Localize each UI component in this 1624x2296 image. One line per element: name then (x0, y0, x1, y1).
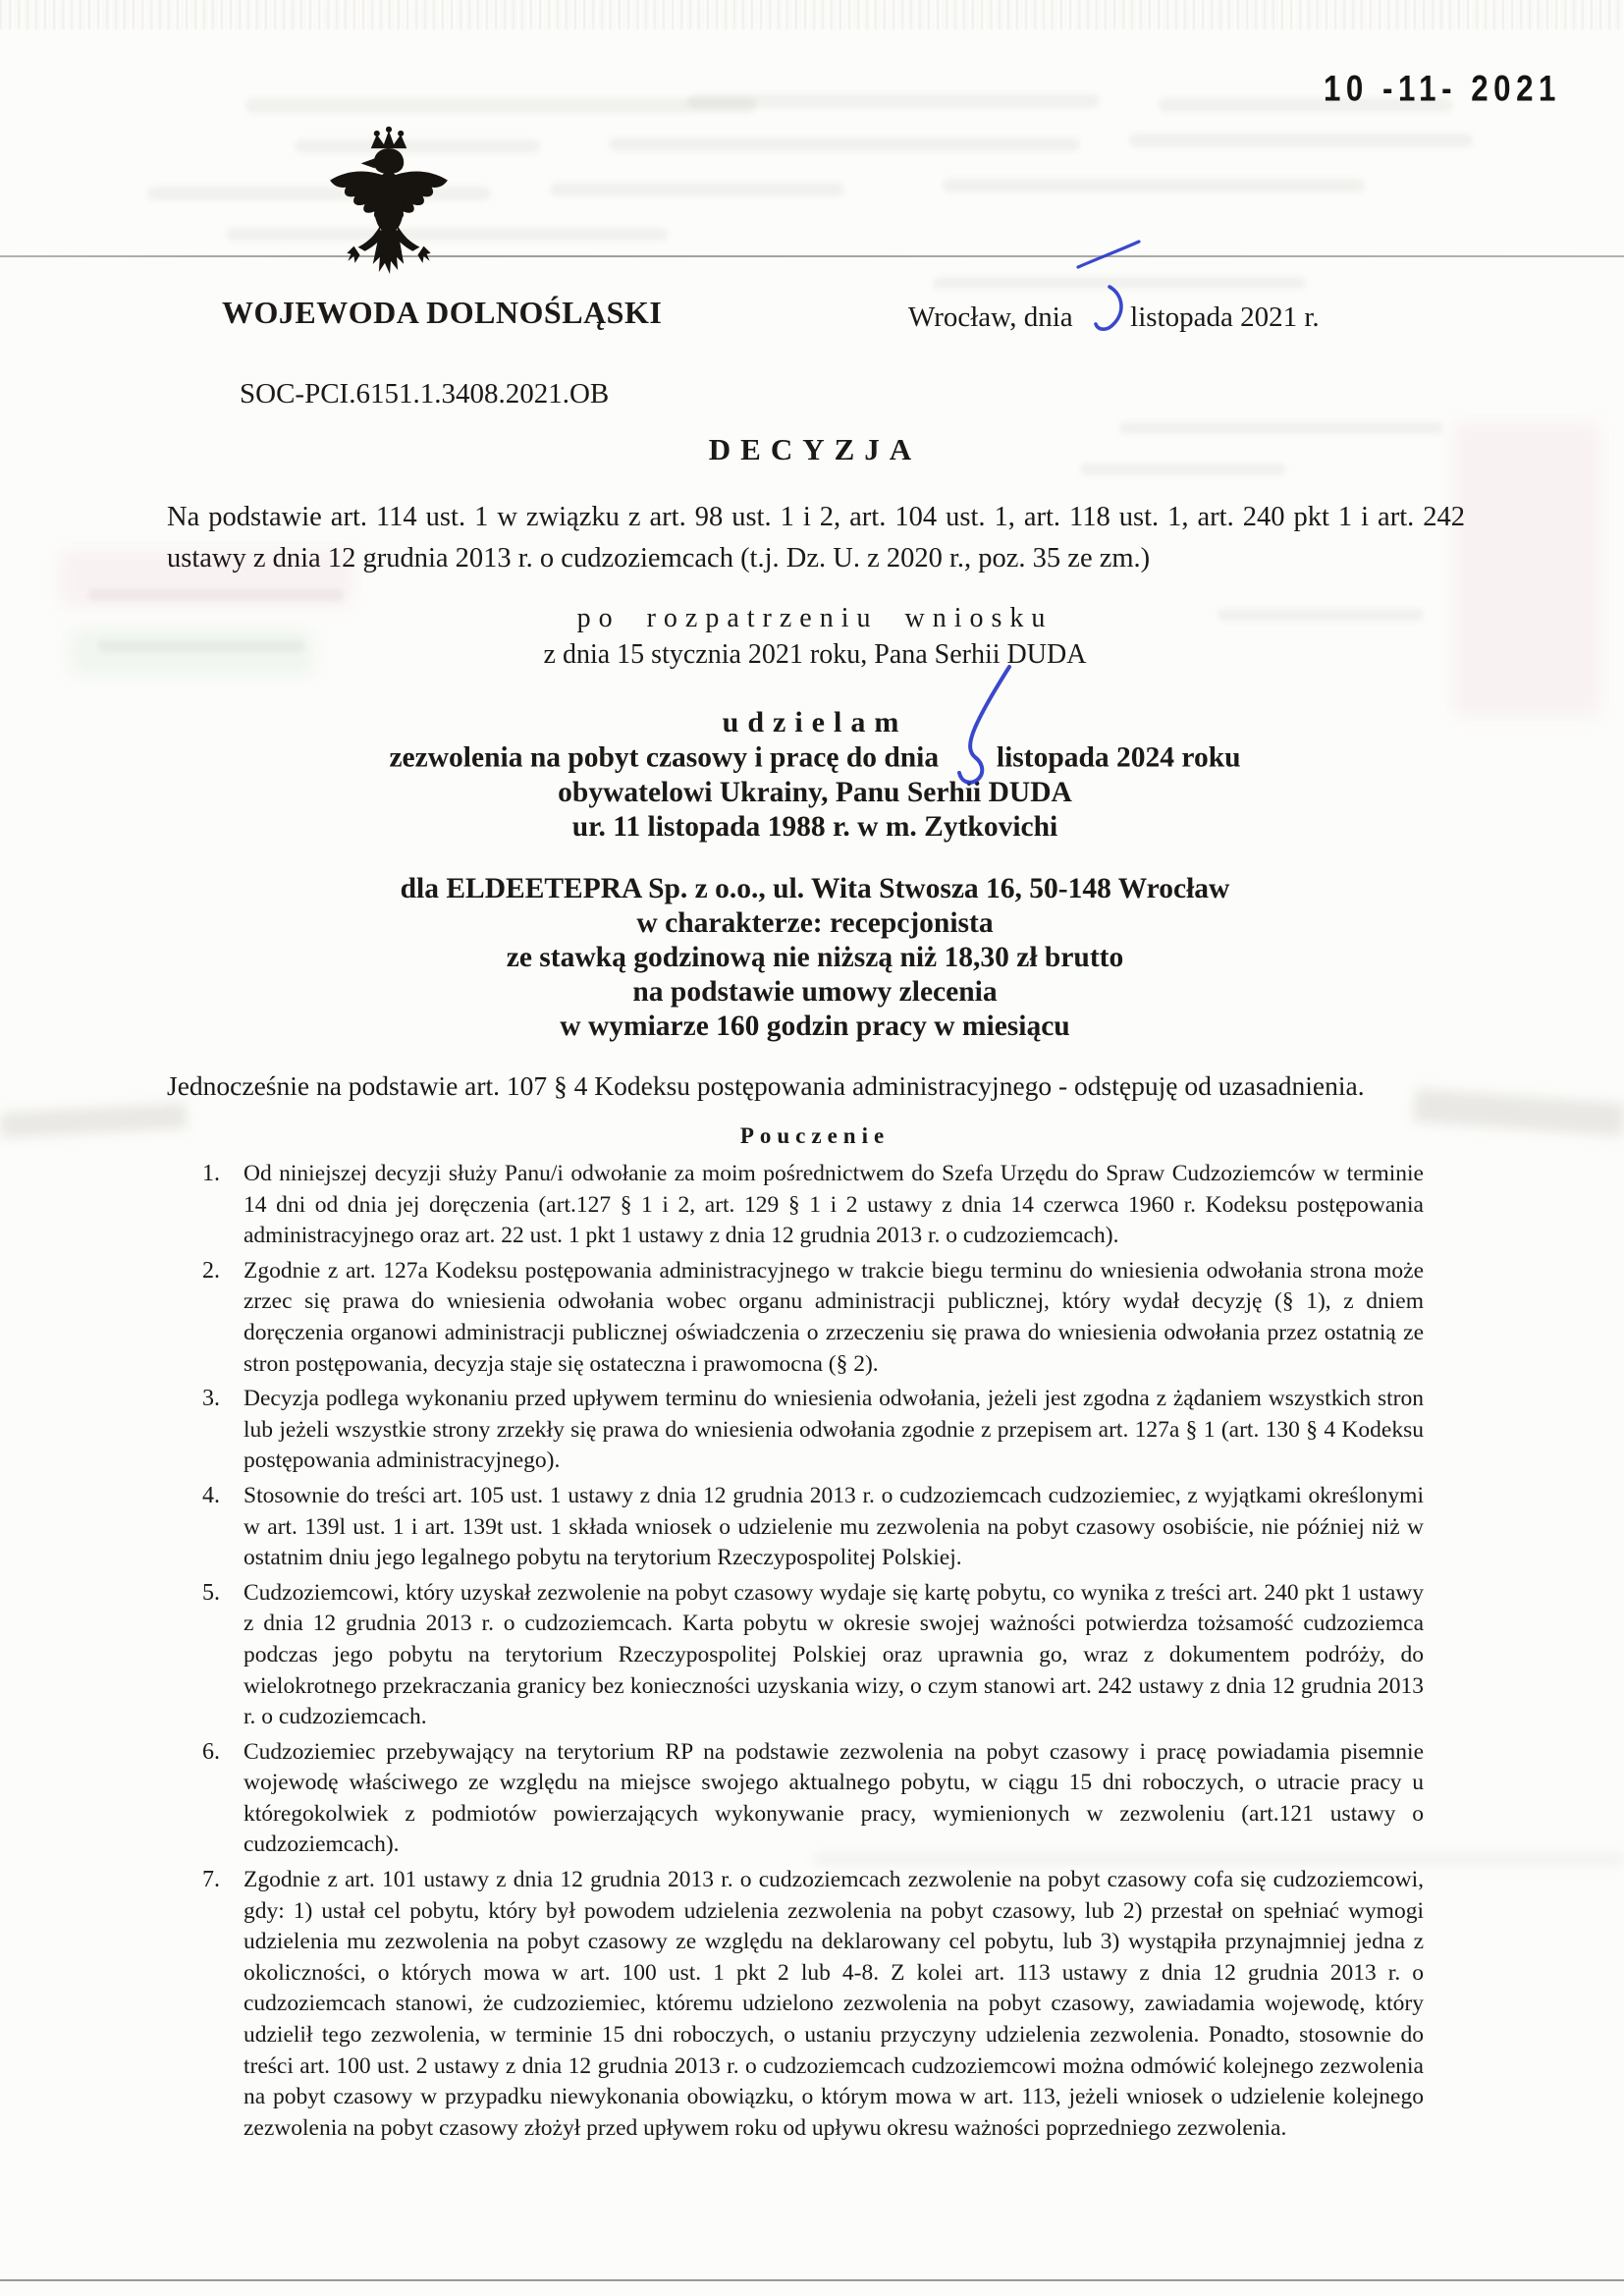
showthrough-artifact (245, 98, 756, 113)
instruction-item: Cudzoziemiec przebywający na terytorium … (196, 1737, 1424, 1861)
instruction-item: Cudzoziemcowi, który uzyskał zezwolenie … (196, 1578, 1424, 1733)
showthrough-highlight (1453, 422, 1600, 717)
grant-block-permit: zezwolenia na pobyt czasowy i pracę do d… (167, 738, 1463, 845)
employer-line: dla ELDEETEPRA Sp. z o.o., ul. Wita Stwo… (167, 872, 1463, 906)
instruction-item: Od niniejszej decyzji służy Panu/i odwoł… (196, 1159, 1424, 1252)
date-received-stamp: 10 -11- 2021 (1324, 69, 1561, 110)
instruction-item: Zgodnie z art. 101 ustawy z dnia 12 grud… (196, 1865, 1424, 2144)
header-rule-line (0, 255, 1624, 257)
place-date-prefix: Wrocław, dnia (908, 301, 1073, 333)
applicant-line: z dnia 15 stycznia 2021 roku, Pana Serhi… (167, 639, 1463, 671)
grant-block-employment: dla ELDEETEPRA Sp. z o.o., ul. Wita Stwo… (167, 872, 1463, 1044)
instruction-item: Zgodnie z art. 127a Kodeksu postępowania… (196, 1256, 1424, 1380)
scan-noise-band (0, 0, 1624, 29)
birth-line: ur. 11 listopada 1988 r. w m. Zytkovichi (167, 810, 1463, 845)
legal-basis-paragraph: Na podstawie art. 114 ust. 1 w związku z… (167, 497, 1465, 579)
place-date-suffix: listopada 2021 r. (1130, 301, 1320, 333)
paper-crease (0, 1103, 188, 1138)
instruction-list: Od niniejszej decyzji służy Panu/i odwoł… (196, 1159, 1424, 2148)
position-line: w charakterze: recepcjonista (167, 906, 1463, 941)
citizen-line: obywatelowi Ukrainy, Panu Serhii DUDA (167, 776, 1463, 810)
decision-title: DECYZJA (167, 432, 1463, 467)
polish-eagle-icon (324, 126, 454, 287)
consideration-heading: po rozpatrzeniu wniosku (167, 603, 1463, 634)
showthrough-artifact (550, 183, 844, 196)
grant-verb: udzielam (167, 706, 1463, 739)
showthrough-artifact (1129, 134, 1473, 147)
justification-waiver: Jednocześnie na podstawie art. 107 § 4 K… (167, 1070, 1473, 1102)
showthrough-artifact (609, 137, 1080, 151)
wage-line: ze stawką godzinową nie niższą niż 18,30… (167, 941, 1463, 975)
showthrough-artifact (687, 94, 1100, 108)
place-date-line: Wrocław, dnia listopada 2021 r. (908, 298, 1320, 334)
case-number: SOC-PCI.6151.1.3408.2021.OB (240, 378, 609, 410)
contract-line: na podstawie umowy zlecenia (167, 975, 1463, 1010)
scanned-decision-document: 10 -11- 2021 WOJEWODA DOLNOŚLĄSKI Wrocła… (0, 0, 1624, 2296)
instruction-heading: Pouczenie (167, 1123, 1463, 1149)
page-bottom-scan-line (0, 2279, 1624, 2281)
instruction-item: Decyzja podlega wykonaniu przed upływem … (196, 1384, 1424, 1477)
permit-line-prefix: zezwolenia na pobyt czasowy i pracę do d… (389, 742, 939, 774)
handwritten-day-mark (947, 738, 990, 767)
authority-name: WOJEWODA DOLNOŚLĄSKI (222, 295, 662, 331)
instruction-item: Stosownie do treści art. 105 ust. 1 usta… (196, 1481, 1424, 1574)
permit-line-suffix: listopada 2024 roku (997, 742, 1241, 774)
hours-line: w wymiarze 160 godzin pracy w miesiącu (167, 1010, 1463, 1044)
permit-line: zezwolenia na pobyt czasowy i pracę do d… (167, 738, 1463, 776)
handwritten-day-mark (1080, 298, 1123, 326)
